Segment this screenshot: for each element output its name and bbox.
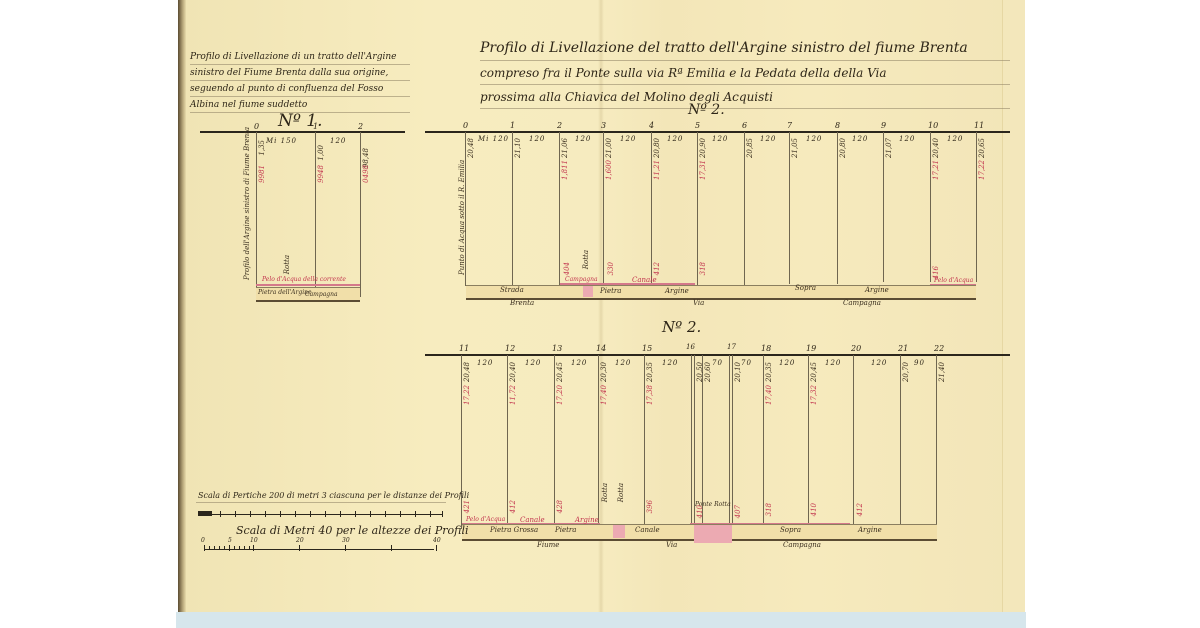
pole-note: Rotta [601,483,609,502]
title-line-2: compreso fra il Ponte sulla via Rª Emili… [480,66,887,80]
ground-label: Campagna [843,299,881,307]
water-level-value: 1,811 [561,160,569,180]
station-label: 11 [974,121,984,130]
elevation-value: 21,07 [885,138,893,158]
scale-tick-label: 40 [433,537,441,544]
distance-label: 120 [712,135,728,143]
water-level-value: 17,38 [646,385,654,405]
distance-label: 120 [806,135,822,143]
distance-label: 120 [571,359,587,367]
elevation-value: 20,45 [810,362,818,382]
elevation-value: 21,06 [561,138,569,158]
elevation-value: 21,40 [938,362,946,382]
water-level-value: 17,22 [463,385,471,405]
ground-label: Argine [858,526,882,534]
bottom-value: 428 [556,500,564,513]
bottom-value: 407 [734,505,742,518]
ground-label: Campagna [565,276,598,283]
ground-note: Campagna [305,291,338,298]
distance-label: 70 [741,359,752,367]
water-level-value: 17,22 [978,160,986,180]
elevation-value: 20,80 [653,138,661,158]
ground-label: Via [693,299,704,307]
bottom-value: 318 [699,262,707,275]
water-level-value: 9981 [258,165,266,183]
station-label: 3 [601,121,606,130]
station-label: 21 [898,344,908,353]
distance-label: 120 [852,135,868,143]
station-label: 9 [881,121,886,130]
bottom-value: 421 [463,500,471,513]
paper-edge [1002,0,1025,614]
scale-tick-label: 5 [228,537,232,544]
station-label: 16 [686,343,695,351]
elevation-value: 21,10 [514,138,522,158]
elevation-value: 20,45 [556,362,564,382]
elevation-value: 20,65 [978,138,986,158]
bottom-value: 412 [856,503,864,516]
distance-label: 120 [825,359,841,367]
elevation-value: 20,50 [696,362,704,382]
distance-label: 120 [525,359,541,367]
ground-label: Brenta [510,299,534,307]
title-line-3: prossima alla Chiavica del Molino degli … [480,90,773,104]
water-level-value: 1,600 [605,160,613,180]
bottom-value: 330 [607,262,615,275]
station-label: 17 [727,343,736,351]
water-level-value: 17,21 [932,160,940,180]
water-level-value: 0498 [362,165,370,183]
elevation-value: 20,48 [467,138,475,158]
station-label: 11 [459,344,469,353]
distance-label: 120 [575,135,591,143]
ground-label: Pietra [555,526,576,534]
bottom-value: 410 [810,503,818,516]
distance-label: Mi 150 [266,137,297,145]
ground-label: Campagna [783,541,821,549]
elevation-value: 20,35 [765,362,773,382]
station-label: 1 [313,122,318,131]
station-label: 8 [835,121,840,130]
station-label: 7 [787,121,792,130]
ground-note: Pietra dell'Argine [258,289,312,296]
scan-backdrop [176,612,1026,628]
water-level-value: 17,20 [556,385,564,405]
distance-label: 120 [615,359,631,367]
distance-label: 120 [667,135,683,143]
water-level-value: 17,40 [765,385,773,405]
station-label: 5 [695,121,700,130]
distance-label: 70 [712,359,723,367]
side-note: Punto di Acqua sotto il R. Emilia [458,175,466,275]
water-level-value: 9948 [317,165,325,183]
ground-label: Sopra [795,284,816,292]
water-level-value: 17,32 [810,385,818,405]
station-label: 2 [358,122,363,131]
station-label: 13 [552,344,562,353]
pole-note: Rotta [617,483,625,502]
height-scale-title: Scala di Metri 40 per le altezze dei Pro… [236,524,469,537]
bottom-value: 412 [653,262,661,275]
station-label: 14 [596,344,606,353]
station-label: 1 [510,121,515,130]
elevation-value: 20,85 [746,138,754,158]
station-label: 6 [742,121,747,130]
station-label: 20 [851,344,861,353]
distance-label: 120 [871,359,887,367]
ground-label: Pelo d'Acqua [466,516,505,523]
caption-line-1: Profilo di Livellazione di un tratto del… [190,52,396,62]
ground-label: Argine [665,287,689,295]
distance-label: 120 [330,137,346,145]
station-label: 19 [806,344,816,353]
distance-label: 120 [779,359,795,367]
ground-label: Argine [575,516,599,524]
elevation-value: 20,35 [646,362,654,382]
station-label: 15 [642,344,652,353]
station-label: 2 [557,121,562,130]
bottom-value: 318 [765,503,773,516]
distance-label: 120 [662,359,678,367]
distance-label: 120 [947,135,963,143]
caption-line-2: sinistro del Fiume Brenta dalla sua orig… [190,68,388,78]
station-label: 10 [928,121,938,130]
distance-label: 120 [477,359,493,367]
ground-label: Via [666,541,677,549]
station-label: 4 [649,121,654,130]
scale-tick-label: 10 [250,537,258,544]
bottom-value: 404 [563,262,571,275]
elevation-value: 20,80 [839,138,847,158]
distance-label: 120 [760,135,776,143]
bottom-value: 396 [646,500,654,513]
caption-line-4: Albina nel fiume suddetto [190,100,307,110]
distance-label: 120 [899,135,915,143]
station-label: 12 [505,344,515,353]
station-label: 0 [254,122,259,131]
length-scale-title: Scala di Pertiche 200 di metri 3 ciascun… [198,491,469,500]
elevation-value: 1,35 [258,140,266,156]
ground-label: Fiume [537,541,559,549]
elevation-value: 20,70 [902,362,910,382]
elevation-value: 20,60 [704,362,712,382]
elevation-value: 21,00 [605,138,613,158]
station-label: 18 [761,344,771,353]
pole-note: Rotta [283,255,291,274]
elevation-value: 21,05 [791,138,799,158]
station-label: 22 [934,344,944,353]
scale-tick-label: 30 [342,537,350,544]
scale-tick-label: 0 [201,537,205,544]
water-level-value: 17,40 [600,385,608,405]
distance-label: 120 [620,135,636,143]
side-note: Profilo dell'Argine sinistro di Fiume Br… [243,140,251,280]
ground-note: Pelo d'Acqua della corrente [262,276,346,283]
elevation-value: 20,40 [509,362,517,382]
water-level-value: 11,72 [509,385,517,405]
profile-2a-label: Nº 2. [688,102,725,118]
caption-line-3: seguendo al punto di confluenza del Foss… [190,84,383,94]
distance-label: 90 [914,359,925,367]
ground-label: Sopra [780,526,801,534]
ground-label: Pietra Grossa [490,526,538,534]
bottom-value: 412 [509,500,517,513]
water-level-value: 17,31 [699,160,707,180]
pole-note: Rotta [582,250,590,269]
ground-label: Canale [635,526,660,534]
profile-2b-label: Nº 2. [662,318,701,336]
water-level-value: 11,21 [653,160,661,180]
ground-label: Pietra [600,287,621,295]
elevation-value: 20,10 [734,362,742,382]
scale-tick-label: 20 [296,537,304,544]
station-label: 0 [463,121,468,130]
title-line-1: Profilo di Livellazione del tratto dell'… [480,40,968,56]
bottom-value: 410 [696,505,704,518]
distance-label: Mi 120 [478,135,509,143]
ground-label: Pelo d'Acqua [934,277,973,284]
ground-label: Strada [500,286,524,294]
elevation-value: 20,30 [600,362,608,382]
elevation-value: 1,00 [317,145,325,161]
elevation-value: 20,48 [463,362,471,382]
ground-label: Canale [632,276,657,284]
ground-label: Argine [865,286,889,294]
ground-label: Canale [520,516,545,524]
book-binding [178,0,186,614]
elevation-value: 20,90 [699,138,707,158]
distance-label: 120 [529,135,545,143]
elevation-value: 20,40 [932,138,940,158]
